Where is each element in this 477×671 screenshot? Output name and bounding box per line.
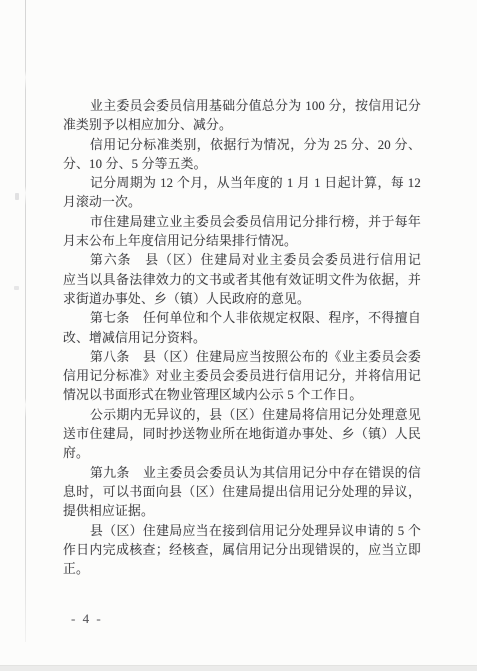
text-line: 作日内完成核查；经核查，属信用记分出现错误的，应当立即更 [63,541,421,560]
scan-artifact [14,286,19,290]
text-line: 第七条 任何单位和个人非依规定权限、程序，不得擅自修 [63,309,421,328]
text-line: 应当以具备法律效力的文书或者其他有效证明文件为依据，并征 [63,271,421,290]
scan-edge-line [25,0,26,642]
text-line: 情况以书面形式在物业管理区域内公示 5 个工作日。 [63,386,421,405]
text-line: 府。 [63,444,421,463]
text-line: 月滚动一次。 [63,193,421,212]
scan-bottom-edge [0,665,477,671]
text-line: 第八条 县（区）住建局应当按照公布的《业主委员会委员 [63,348,421,367]
text-line: 送市住建局，同时抄送物业所在地街道办事处、乡（镇）人民政 [63,425,421,444]
text-line: 准类别予以相应加分、减分。 [63,116,421,135]
text-line: 分、10 分、5 分等五类。 [63,155,421,174]
text-line: 市住建局建立业主委员会委员信用记分排行榜，并于每年 3 [63,213,421,232]
text-line: 第六条 县（区）住建局对业主委员会委员进行信用记分， [63,251,421,270]
page-number: - 4 - [71,611,103,627]
text-line: 记分周期为 12 个月，从当年度的 1 月 1 日起计算，每 12 个 [63,174,421,193]
text-line: 月末公布上年度信用记分结果排行情况。 [63,232,421,251]
text-line: 求街道办事处、乡（镇）人民政府的意见。 [63,290,421,309]
scan-artifact [15,193,19,200]
document-body: 业主委员会委员信用基础分值总分为 100 分，按信用记分标 准类别予以相应加分、… [63,97,421,579]
text-line: 息时，可以书面向县（区）住建局提出信用记分处理的异议，并 [63,483,421,502]
text-line: 信用记分标准类别，依据行为情况，分为 25 分、20 分、15 [63,136,421,155]
text-line: 公示期内无异议的，县（区）住建局将信用记分处理意见报 [63,406,421,425]
scanned-document-page: 业主委员会委员信用基础分值总分为 100 分，按信用记分标 准类别予以相应加分、… [0,0,477,671]
text-line: 正。 [63,560,421,579]
text-line: 信用记分标准》对业主委员会委员进行信用记分，并将信用记分 [63,367,421,386]
text-line: 改、增减信用记分资料。 [63,329,421,348]
text-line: 提供相应证据。 [63,502,421,521]
text-line: 业主委员会委员信用基础分值总分为 100 分，按信用记分标 [63,97,421,116]
text-line: 县（区）住建局应当在接到信用记分处理异议申请的 5 个工 [63,522,421,541]
text-line: 第九条 业主委员会委员认为其信用记分中存在错误的信 [63,464,421,483]
